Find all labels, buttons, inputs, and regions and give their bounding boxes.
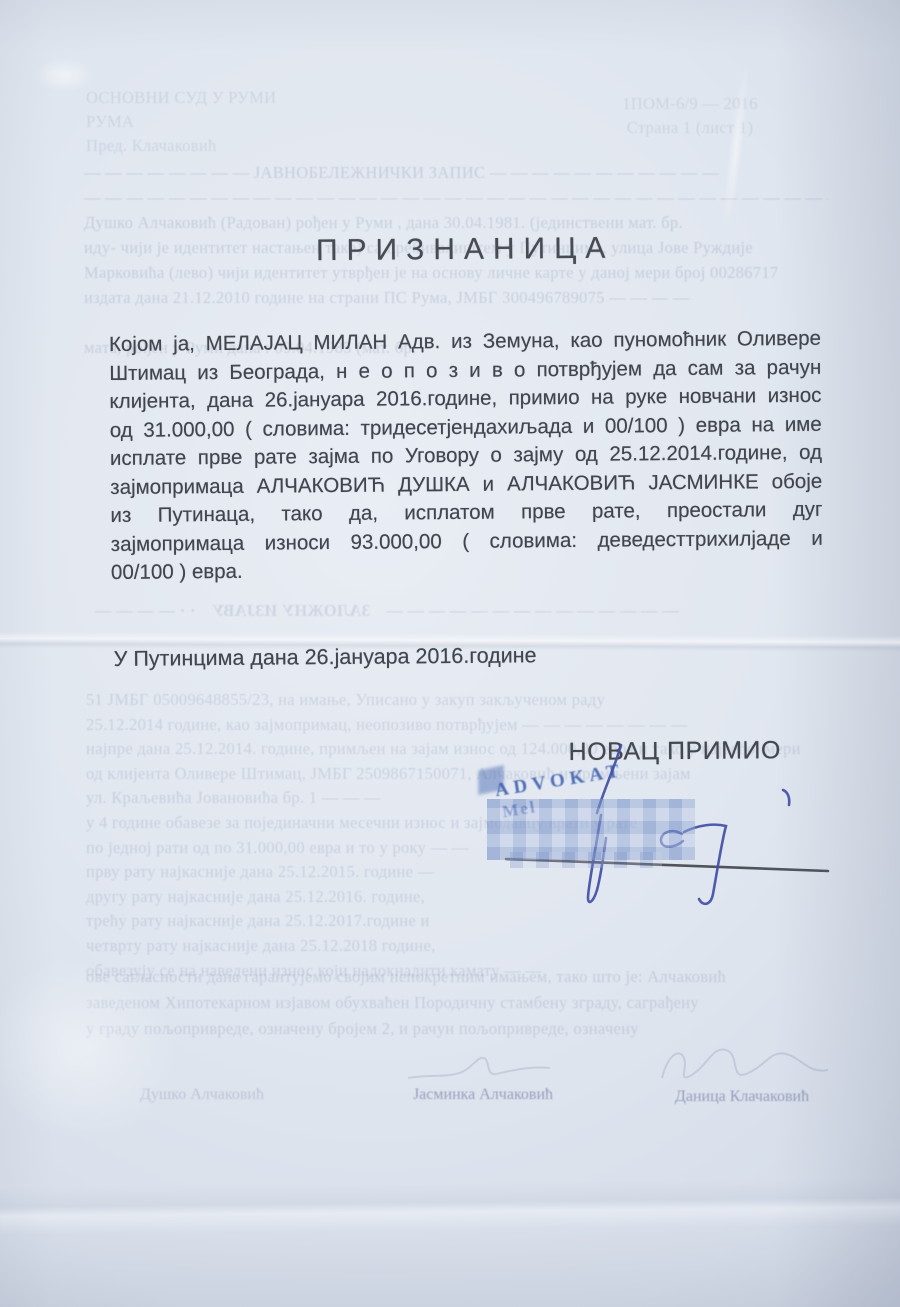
document-photo: ОСНОВНИ СУД У РУМИРУМАПред. Клачаковић 1… (0, 0, 900, 1307)
document-title: ПРИЗНАНИЦА (108, 230, 822, 270)
pixelated-redaction (487, 799, 695, 860)
body-line: 00/100 ) евра. (111, 553, 823, 588)
signature-stroke-tick (783, 790, 789, 805)
place-date-line: У Путинцима дана 26.јануара 2016.године (114, 643, 537, 672)
pixelated-redaction (510, 852, 662, 868)
printed-layer: ПРИЗНАНИЦА Којом ја, МЕЛАЈАЦ МИЛАН Адв. … (106, 0, 831, 1307)
body-paragraph: Којом ја, МЕЛАЈАЦ МИЛАН Адв. из Земуна, … (109, 325, 823, 588)
